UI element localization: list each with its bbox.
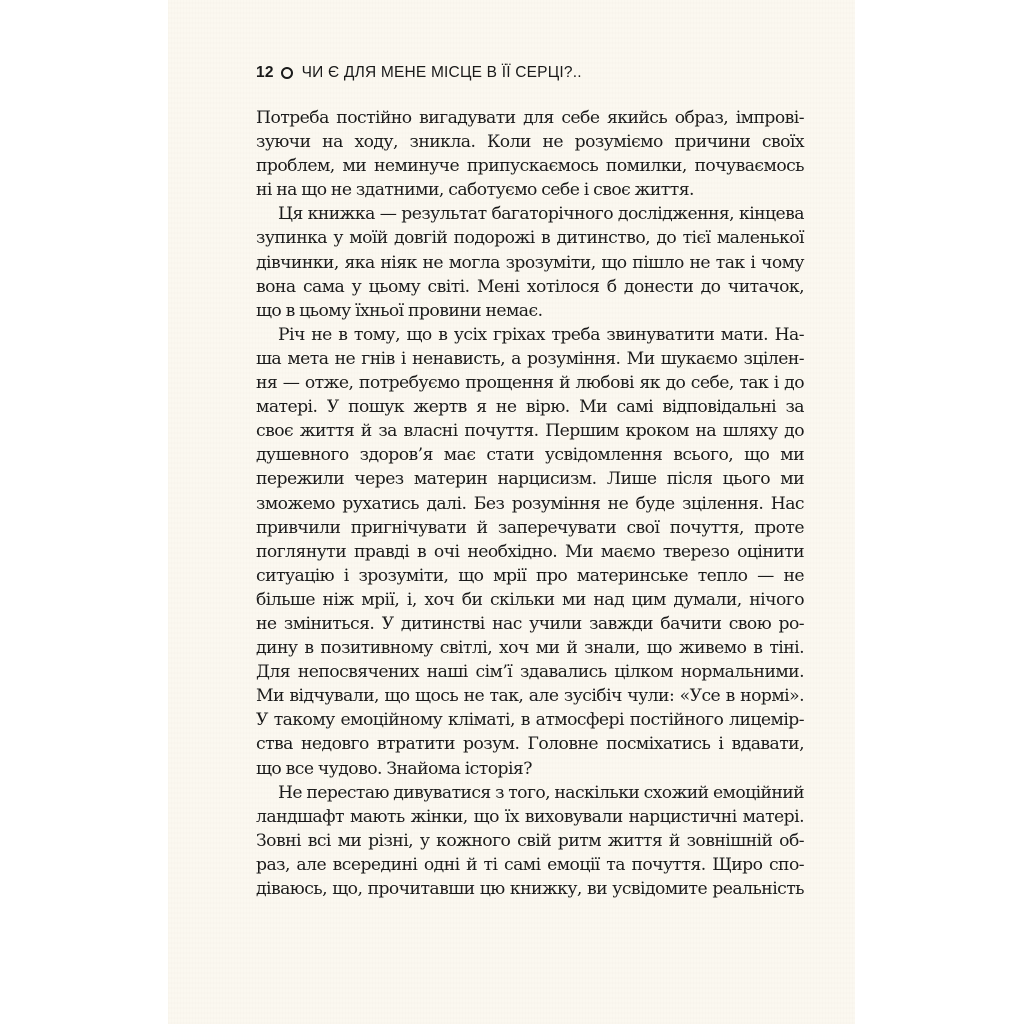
text-line: Зовні всі ми різні, у кожного свій ритм … [256,829,804,853]
paragraph-3: Річ не в тому, що в усіх гріхах треба зв… [256,323,804,781]
text-line: зуючи на ходу, зникла. Коли не розуміємо… [256,130,804,154]
page-number: 12 [256,64,274,82]
text-line: Ця книжка — результат багаторічного досл… [256,202,804,226]
text-line: що в цьому їхньої провини немає. [256,299,804,323]
text-line: раз, але всередині одні й ті самі емоції… [256,853,804,877]
text-line: поглянути правді в очі необхідно. Ми має… [256,540,804,564]
running-head: 12 ЧИ Є ДЛЯ МЕНЕ МІСЦЕ В ЇЇ СЕРЦІ?.. [256,62,582,84]
chapter-title: ЧИ Є ДЛЯ МЕНЕ МІСЦЕ В ЇЇ СЕРЦІ?.. [302,64,582,82]
text-line: не зміниться. У дитинстві нас учили завж… [256,612,804,636]
text-line: ня — отже, потребуємо прощення й любові … [256,371,804,395]
text-line: вона сама у цьому світі. Мені хотілося б… [256,275,804,299]
paragraph-1: Потреба постійно вигадувати для себе яки… [256,106,804,202]
text-line: ситуацію і зрозуміти, що мрії про матери… [256,564,804,588]
text-line: дину в позитивному світлі, хоч ми й знал… [256,636,804,660]
paragraph-2: Ця книжка — результат багаторічного досл… [256,202,804,322]
circle-bullet-icon [281,67,293,79]
text-line: Річ не в тому, що в усіх гріхах треба зв… [256,323,804,347]
body-text: Потреба постійно вигадувати для себе яки… [256,106,804,901]
text-line: більше ніж мрії, і, хоч би скільки ми на… [256,588,804,612]
text-line: привчили пригнічувати й заперечувати сво… [256,516,804,540]
text-line: ні на що не здатними, саботуємо себе і с… [256,178,804,202]
text-line: зможемо рухатись далі. Без розуміння не … [256,492,804,516]
text-line: ландшафт мають жінки, що їх виховували н… [256,805,804,829]
text-line: душевного здоров’я має стати усвідомленн… [256,443,804,467]
text-line: зупинка у моїй довгій подорожі в дитинст… [256,226,804,250]
text-line: ства недовго втратити розум. Головне пос… [256,732,804,756]
text-line: своє життя й за власні почуття. Першим к… [256,419,804,443]
text-line: що все чудово. Знайома історія? [256,757,804,781]
text-line: пережили через материн нарцисизм. Лише п… [256,467,804,491]
text-line: матері. У пошук жертв я не вірю. Ми самі… [256,395,804,419]
text-line: проблем, ми неминуче припускаємось помил… [256,154,804,178]
text-line: ша мета не гнів і ненависть, а розуміння… [256,347,804,371]
text-line: діваюсь, що, прочитавши цю книжку, ви ус… [256,877,804,901]
paragraph-4: Не перестаю дивуватися з того, наскільки… [256,781,804,901]
text-line: дівчинки, яка ніяк не могла зрозуміти, щ… [256,251,804,275]
text-line: Для непосвячених наші сім’ї здавались ці… [256,660,804,684]
text-line: Не перестаю дивуватися з того, наскільки… [256,781,804,805]
text-line: Потреба постійно вигадувати для себе яки… [256,106,804,130]
text-line: Ми відчували, що щось не так, але зусібі… [256,684,804,708]
book-page: 12 ЧИ Є ДЛЯ МЕНЕ МІСЦЕ В ЇЇ СЕРЦІ?.. Пот… [168,0,855,1024]
text-line: У такому емоційному кліматі, в атмосфері… [256,708,804,732]
